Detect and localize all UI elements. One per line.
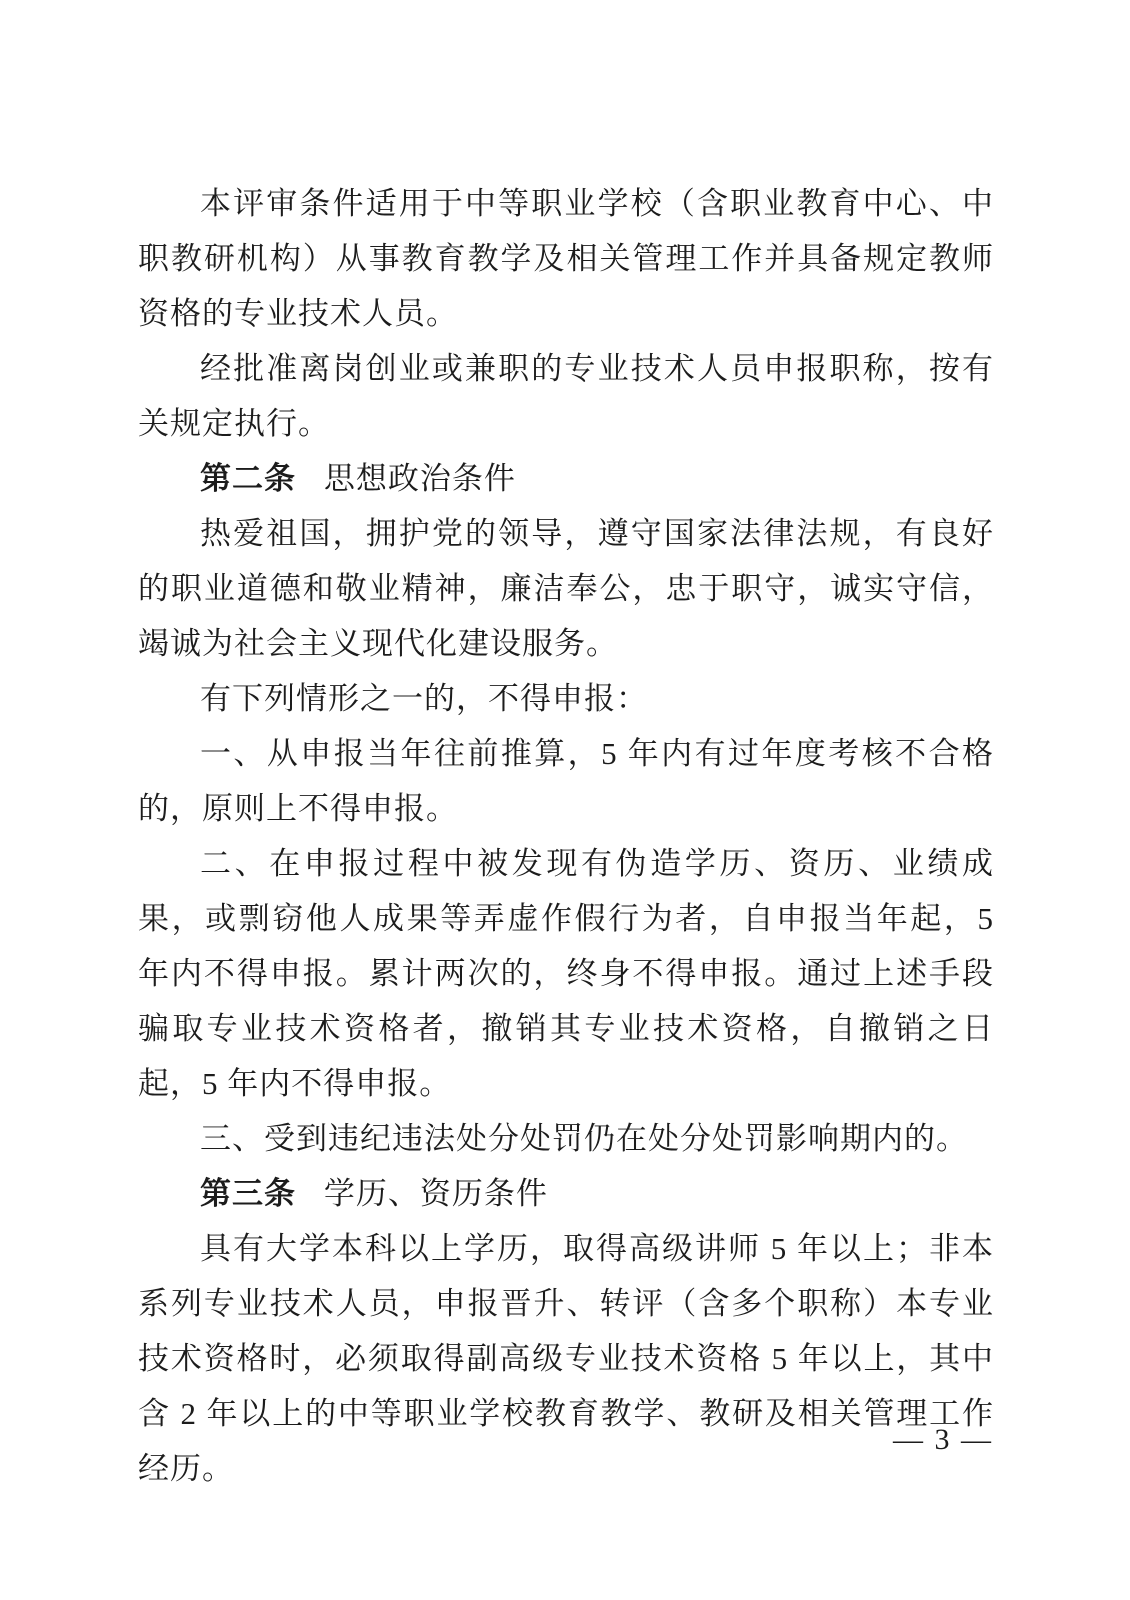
article-title: 学历、资历条件 xyxy=(324,1176,548,1211)
article-heading-3: 第三条学历、资历条件 xyxy=(138,1166,994,1221)
paragraph-clause-2: 二、在申报过程中被发现有伪造学历、资历、业绩成果，或剽窃他人成果等弄虚作假行为者… xyxy=(138,836,994,1111)
article-number: 第二条 xyxy=(200,461,296,496)
article-title: 思想政治条件 xyxy=(324,461,516,496)
page-number: — 3 — xyxy=(893,1423,993,1456)
article-heading-2: 第二条思想政治条件 xyxy=(138,451,994,506)
paragraph-exclusion-intro: 有下列情形之一的，不得申报： xyxy=(138,671,994,726)
page-footer: — 3 — xyxy=(893,1420,993,1460)
paragraph-qualification: 具有大学本科以上学历，取得高级讲师 5 年以上；非本系列专业技术人员，申报晋升、… xyxy=(138,1221,994,1496)
paragraph-political: 热爱祖国，拥护党的领导，遵守国家法律法规，有良好的职业道德和敬业精神，廉洁奉公，… xyxy=(138,506,994,671)
paragraph-secondment: 经批准离岗创业或兼职的专业技术人员申报职称，按有关规定执行。 xyxy=(138,341,994,451)
document-body: 本评审条件适用于中等职业学校（含职业教育中心、中职教研机构）从事教育教学及相关管… xyxy=(138,176,994,1496)
paragraph-clause-3: 三、受到违纪违法处分处罚仍在处分处罚影响期内的。 xyxy=(138,1111,994,1166)
document-page: 本评审条件适用于中等职业学校（含职业教育中心、中职教研机构）从事教育教学及相关管… xyxy=(0,0,1130,1600)
article-number: 第三条 xyxy=(200,1176,296,1211)
paragraph-scope: 本评审条件适用于中等职业学校（含职业教育中心、中职教研机构）从事教育教学及相关管… xyxy=(138,176,994,341)
paragraph-clause-1: 一、从申报当年往前推算，5 年内有过年度考核不合格的，原则上不得申报。 xyxy=(138,726,994,836)
